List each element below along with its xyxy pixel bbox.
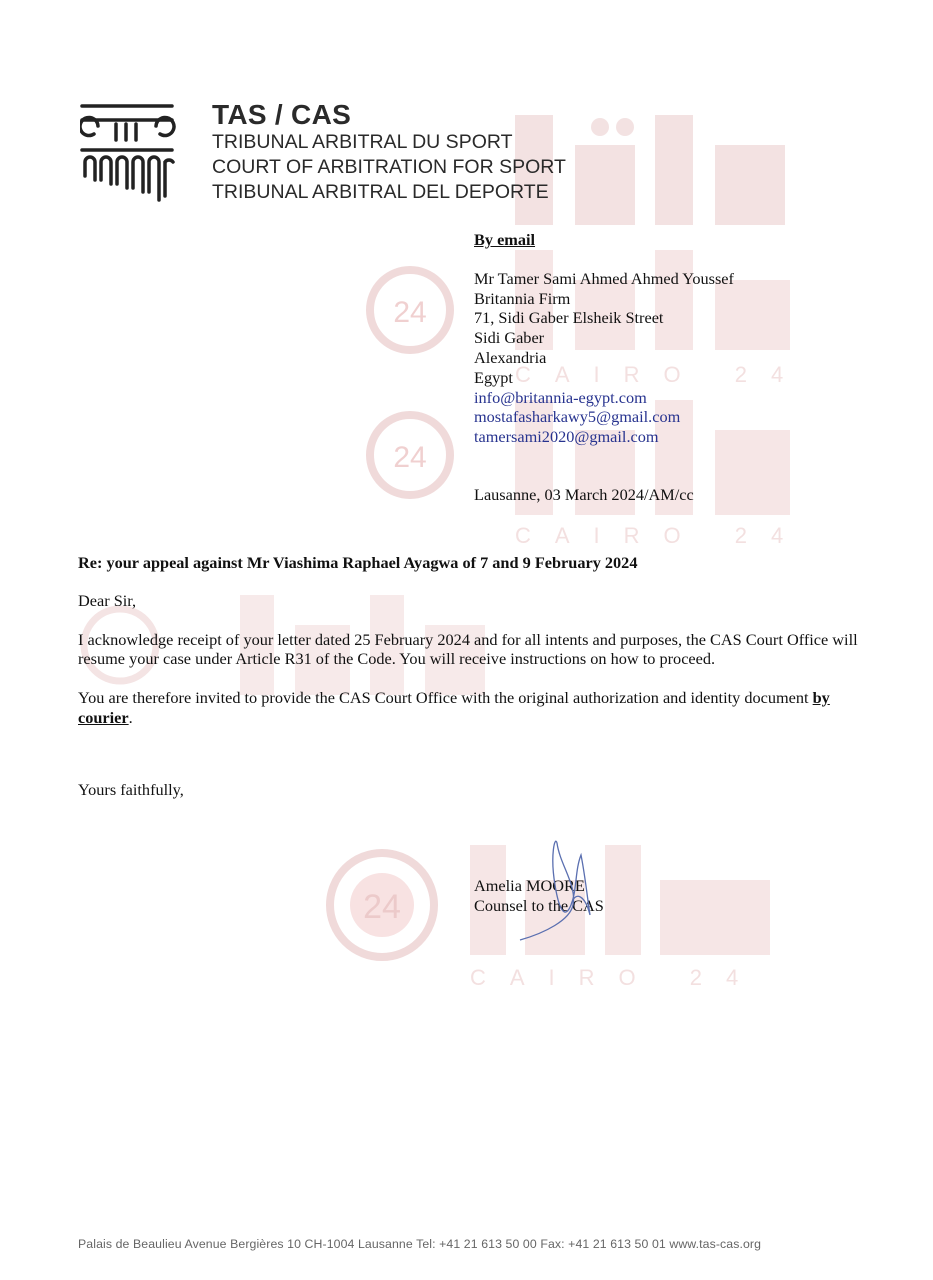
letterhead: TAS / CAS TRIBUNAL ARBITRAL DU SPORT COU…: [212, 100, 566, 205]
svg-text:CAIRO 24: CAIRO 24: [515, 523, 807, 548]
letterhead-line-es: TRIBUNAL ARBITRAL DEL DEPORTE: [212, 180, 566, 205]
paragraph: I acknowledge receipt of your letter dat…: [78, 630, 858, 670]
svg-text:24: 24: [393, 441, 426, 474]
recipient-block: By email Mr Tamer Sami Ahmed Ahmed Youss…: [474, 230, 734, 505]
salutation: Dear Sir,: [78, 591, 858, 611]
email-link[interactable]: tamersami2020@gmail.com: [474, 427, 734, 447]
paragraph-text: You are therefore invited to provide the…: [78, 688, 809, 707]
svg-text:24: 24: [363, 888, 401, 926]
email-link[interactable]: mostafasharkawy5@gmail.com: [474, 407, 734, 427]
closing: Yours faithfully,: [78, 780, 858, 800]
recipient-street: 71, Sidi Gaber Elsheik Street: [474, 308, 734, 328]
recipient-firm: Britannia Firm: [474, 289, 734, 309]
email-link[interactable]: info@britannia-egypt.com: [474, 388, 734, 408]
recipient-city: Alexandria: [474, 348, 734, 368]
letterhead-title: TAS / CAS: [212, 100, 566, 130]
place-date: Lausanne, 03 March 2024/AM/cc: [474, 485, 734, 505]
footer-address: Palais de Beaulieu Avenue Bergières 10 C…: [78, 1237, 761, 1251]
paragraph: You are therefore invited to provide the…: [78, 688, 858, 728]
delivery-method: By email: [474, 230, 734, 250]
letter-body: Re: your appeal against Mr Viashima Raph…: [78, 553, 858, 819]
handwritten-signature-icon: [515, 835, 605, 950]
letterhead-line-en: COURT OF ARBITRATION FOR SPORT: [212, 155, 566, 180]
subject-line: Re: your appeal against Mr Viashima Raph…: [78, 553, 858, 573]
letterhead-line-fr: TRIBUNAL ARBITRAL DU SPORT: [212, 130, 566, 155]
cas-logo-icon: [80, 100, 176, 205]
paragraph-end: .: [129, 708, 133, 727]
recipient-name: Mr Tamer Sami Ahmed Ahmed Youssef: [474, 269, 734, 289]
recipient-country: Egypt: [474, 368, 734, 388]
svg-text:CAIRO 24: CAIRO 24: [470, 965, 762, 990]
recipient-district: Sidi Gaber: [474, 328, 734, 348]
svg-text:24: 24: [393, 296, 426, 329]
